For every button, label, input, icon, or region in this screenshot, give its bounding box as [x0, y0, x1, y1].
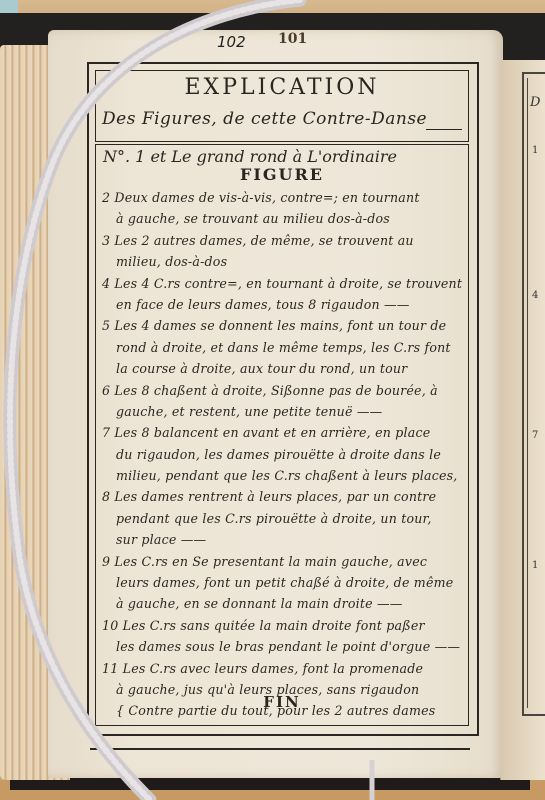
adjacent-page-mark: 4 [532, 290, 538, 301]
adjacent-page-mark: 1 [532, 145, 538, 156]
step-line: 3 Les 2 autres dames, de même, se trouve… [102, 230, 464, 251]
page-subtitle: Des Figures, de cette Contre-Danse [102, 109, 462, 129]
adjacent-page-mark: D [530, 95, 540, 110]
step-line: 4 Les 4 C.rs contre=, en tournant à droi… [102, 273, 464, 294]
figure-1-heading: N°. 1 et Le grand rond à L'ordinaire [103, 147, 463, 166]
step-line: 6 Les 8 chaßent à droite, Sißonne pas de… [102, 380, 464, 401]
step-line: milieu, pendant que les C.rs chaßent à l… [102, 465, 464, 486]
step-line: 9 Les C.rs en Se presentant la main gauc… [102, 551, 464, 572]
step-line: 5 Les 4 dames se donnent les mains, font… [102, 315, 464, 336]
step-line: à gauche, en se donnant la main droite —… [102, 593, 464, 614]
step-line: 11 Les C.rs avec leurs dames, font la pr… [102, 658, 464, 679]
step-line: la course à droite, aux tour du rond, un… [102, 358, 464, 379]
subtitle-rule [426, 129, 462, 130]
step-line: leurs dames, font un petit chaßé à droit… [102, 572, 464, 593]
step-line: rond à droite, et dans le même temps, le… [102, 337, 464, 358]
figure-description-box: N°. 1 et Le grand rond à L'ordinaire FIG… [95, 144, 469, 726]
page-title: EXPLICATION [96, 75, 468, 100]
title-box: EXPLICATION Des Figures, de cette Contre… [95, 70, 469, 142]
step-line: milieu, dos-à-dos [102, 251, 464, 272]
step-line: 10 Les C.rs sans quitée la main droite f… [102, 615, 464, 636]
adjacent-page-mark: 7 [532, 430, 538, 441]
step-line: 8 Les dames rentrent à leurs places, par… [102, 486, 464, 507]
handwritten-page-number: 102 [217, 33, 246, 51]
step-line: à gauche, se trouvant au milieu dos-à-do… [102, 208, 464, 229]
step-line: les dames sous le bras pendant le point … [102, 636, 464, 657]
figure-heading: FIGURE [96, 165, 468, 184]
step-line: pendant que les C.rs pirouëtte à droite,… [102, 508, 464, 529]
step-line: en face de leurs dames, tous 8 rigaudon … [102, 294, 464, 315]
bottom-rule [90, 748, 470, 750]
step-line: 2 Deux dames de vis-à-vis, contre=; en t… [102, 187, 464, 208]
step-line: 7 Les 8 balancent en avant et en arrière… [102, 422, 464, 443]
printed-page-number: 101 [278, 31, 307, 47]
step-line: du rigaudon, les dames pirouëtte à droit… [102, 444, 464, 465]
adjacent-page-inner-frame [527, 78, 545, 708]
closing-fin: FIN [96, 693, 468, 711]
adjacent-page-mark: 1 [532, 560, 538, 571]
step-line: gauche, et restent, une petite tenuë —— [102, 401, 464, 422]
step-line: sur place —— [102, 529, 464, 550]
figure-steps: 2 Deux dames de vis-à-vis, contre=; en t… [102, 187, 464, 722]
